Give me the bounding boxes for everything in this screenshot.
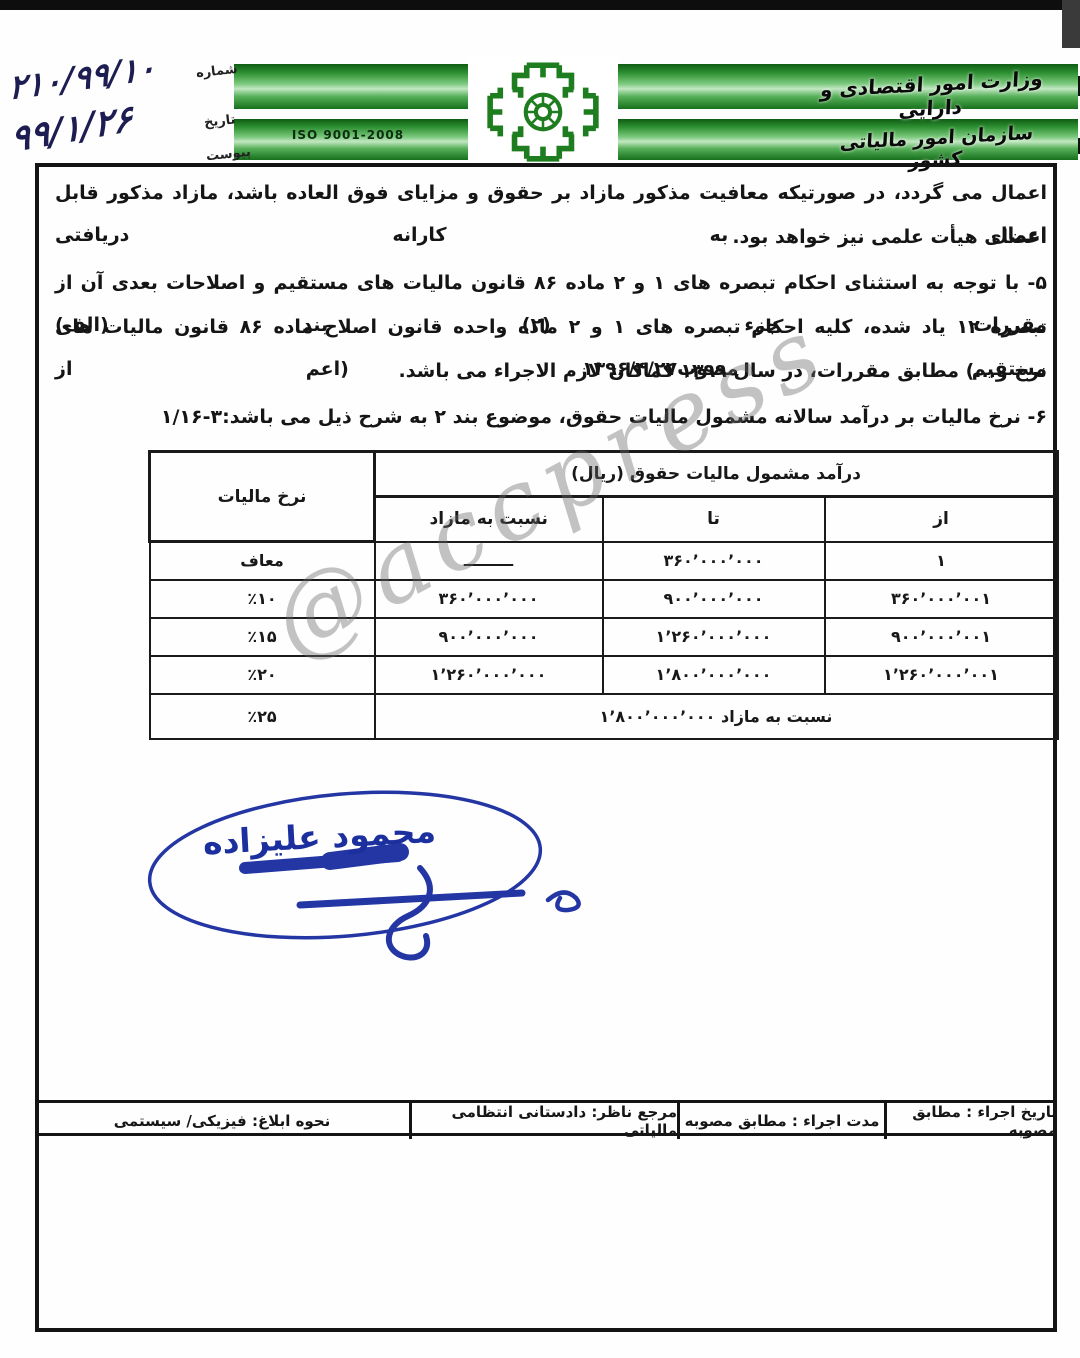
cell-excess: ۱٬۲۶۰٬۰۰۰٬۰۰۰ <box>375 656 603 694</box>
cell-from: ۳۶۰٬۰۰۰٬۰۰۱ <box>825 580 1058 618</box>
table-header-to: تا <box>603 497 825 542</box>
tax-organization-logo <box>468 56 618 168</box>
cell-to: ۱٬۲۶۰٬۰۰۰٬۰۰۰ <box>603 618 825 656</box>
body-paragraph-line: اعضای هیأت علمی نیز خواهد بود. <box>55 216 1047 258</box>
approval-cell-notification: نحوه ابلاغ: فیزیکی/ سیستمی <box>35 1103 409 1139</box>
table-header-excess: نسبت به مازاد <box>375 497 603 542</box>
cell-to: ۹۰۰٬۰۰۰٬۰۰۰ <box>603 580 825 618</box>
cell-rate: ٪۲۰ <box>150 656 375 694</box>
number-field-label: شماره <box>195 62 238 81</box>
approval-strip: تاریخ اجراء : مطابق مصوبه مدت اجراء : مط… <box>35 1100 1057 1136</box>
document-page: ISO 9001-2008 وزارت امور اقتصادی و دارای… <box>0 0 1080 1358</box>
tax-organization-logo-icon <box>482 59 604 165</box>
table-header-income: درآمد مشمول مالیات حقوق (ریال) <box>375 452 1058 497</box>
cell-excess: ۹۰۰٬۰۰۰٬۰۰۰ <box>375 618 603 656</box>
date-field-label: تاریخ <box>203 112 236 130</box>
scan-top-bar <box>0 0 1080 10</box>
cell-excess: ـــــــــ <box>375 542 603 580</box>
signature-block: محمود علیزاده <box>130 768 610 978</box>
approval-cell-execution-duration: مدت اجراء : مطابق مصوبه <box>677 1103 884 1139</box>
handwritten-date: ۹۹/۱/۲۶ <box>10 97 133 161</box>
body-paragraph-line: تبصره ۱۲ یاد شده، کلیه احکام تبصره های ۱… <box>55 306 1047 348</box>
signature-graphic: محمود علیزاده <box>130 768 610 978</box>
rate-value: ٪۱۵ <box>247 627 276 646</box>
rate-value: ٪۲۵ <box>247 707 276 726</box>
rate-value: ٪۱۰ <box>247 589 276 608</box>
cell-rate: معاف <box>150 542 375 580</box>
table-row-excess-final: نسبت به مازاد ۱٬۸۰۰٬۰۰۰٬۰۰۰ ٪۲۵ <box>150 694 1058 739</box>
attachment-field-label: پیوست <box>205 145 251 165</box>
iso-certification-label: ISO 9001-2008 <box>288 128 408 142</box>
approval-cell-execution-date: تاریخ اجراء : مطابق مصوبه <box>884 1103 1057 1139</box>
cell-rate: ٪۱۰ <box>150 580 375 618</box>
body-paragraph-line: ۶- نرخ مالیات بر درآمد سالانه مشمول مالی… <box>55 396 1047 438</box>
scan-edge-strip <box>1062 0 1080 48</box>
body-paragraph-line: اعمال می گردد، در صورتیکه معافیت مذکور م… <box>55 172 1047 214</box>
table-header-rate: نرخ مالیات <box>150 452 375 542</box>
rate-value: ٪۲۰ <box>247 665 276 684</box>
cell-rate: ٪۱۵ <box>150 618 375 656</box>
approval-cell-supervisor: مرجع ناظر: دادستانی انتظامی مالیاتی <box>409 1103 677 1139</box>
table-row: ۱ ۳۶۰٬۰۰۰٬۰۰۰ ـــــــــ معاف <box>150 542 1058 580</box>
cell-to: ۱٬۸۰۰٬۰۰۰٬۰۰۰ <box>603 656 825 694</box>
handwritten-circular-number: ۲۱۰/۹۹/۱۰ <box>9 47 156 107</box>
cell-rate: ٪۲۵ <box>150 694 375 739</box>
cell-from: ۱٬۲۶۰٬۰۰۰٬۰۰۱ <box>825 656 1058 694</box>
table-header-from: از <box>825 497 1058 542</box>
table-row: ۳۶۰٬۰۰۰٬۰۰۱ ۹۰۰٬۰۰۰٬۰۰۰ ۳۶۰٬۰۰۰٬۰۰۰ ٪۱۰ <box>150 580 1058 618</box>
cell-from: ۱ <box>825 542 1058 580</box>
cell-from: ۹۰۰٬۰۰۰٬۰۰۱ <box>825 618 1058 656</box>
table-row: ۱٬۲۶۰٬۰۰۰٬۰۰۱ ۱٬۸۰۰٬۰۰۰٬۰۰۰ ۱٬۲۶۰٬۰۰۰٬۰۰… <box>150 656 1058 694</box>
cell-excess: ۳۶۰٬۰۰۰٬۰۰۰ <box>375 580 603 618</box>
cell-excess-final-label: نسبت به مازاد ۱٬۸۰۰٬۰۰۰٬۰۰۰ <box>375 694 1058 739</box>
salary-tax-rate-table: درآمد مشمول مالیات حقوق (ریال) نرخ مالیا… <box>148 450 1059 740</box>
body-paragraph-line: ۵- با توجه به استثنای احکام تبصره های ۱ … <box>55 262 1047 304</box>
body-paragraph-line: نرخ و...) مطابق مقررات، در سال ۱۳۹۹ کماک… <box>55 350 1047 392</box>
table-row: ۹۰۰٬۰۰۰٬۰۰۱ ۱٬۲۶۰٬۰۰۰٬۰۰۰ ۹۰۰٬۰۰۰٬۰۰۰ ٪۱… <box>150 618 1058 656</box>
cell-to: ۳۶۰٬۰۰۰٬۰۰۰ <box>603 542 825 580</box>
